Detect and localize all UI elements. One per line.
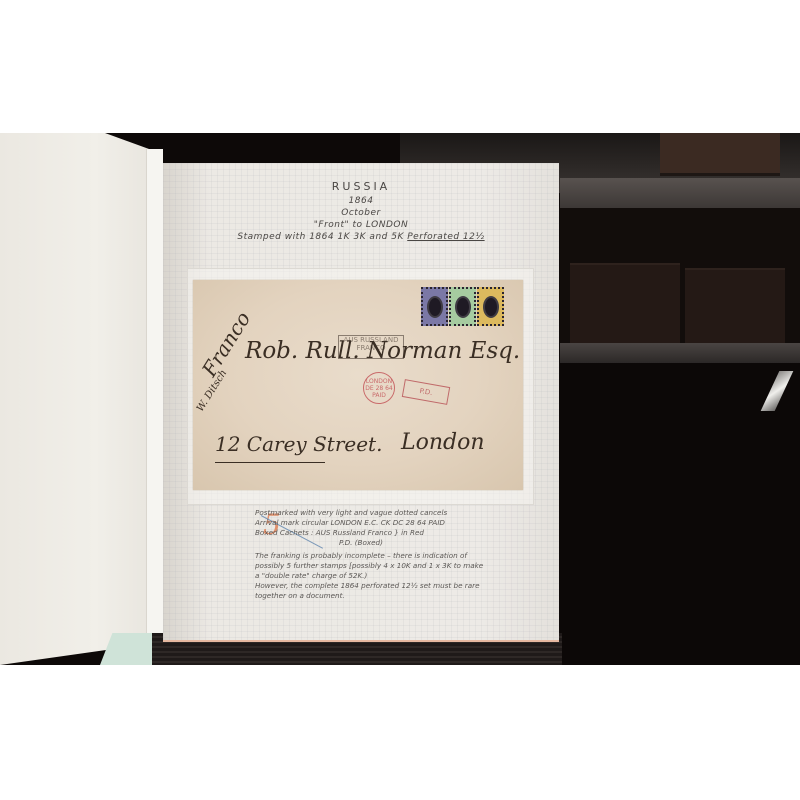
stamped-text: Stamped with 1864 1K 3K and 5K — [237, 232, 403, 242]
page-month: October — [163, 208, 559, 218]
page-subtitle: "Front" to LONDON — [163, 220, 559, 230]
note-line: Postmarked with very light and vague dot… — [255, 508, 447, 517]
stamp-1k — [421, 287, 448, 326]
boxed-cachet-pd: P.D. — [402, 379, 450, 405]
page-title: RUSSIA — [163, 180, 559, 193]
stamp-3k — [449, 287, 476, 326]
postal-cover: Franco W. Ditsch AUS RUSSLAND FRANCO LON… — [193, 280, 523, 490]
background-shelf-plank — [560, 343, 800, 363]
stamped-line: Stamped with 1864 1K 3K and 5K Perforate… — [163, 232, 559, 242]
perforation-text: Perforated 12½ — [407, 232, 484, 242]
background-box — [660, 133, 780, 176]
page-year: 1864 — [163, 196, 559, 206]
note-line: together on a document. — [255, 591, 345, 600]
city: London — [401, 430, 485, 455]
note-line: a "double rate" charge of 52K.) — [255, 571, 367, 580]
street-address: 12 Carey Street. — [215, 432, 382, 456]
album-right-page: RUSSIA 1864 October "Front" to LONDON St… — [163, 163, 559, 640]
background-box — [570, 263, 680, 350]
addressee: Rob. Rull. Norman Esq. — [245, 338, 520, 364]
background-shelf-space — [560, 208, 800, 348]
coat-of-arms-icon — [455, 296, 471, 318]
circular-cancel: LONDON DE 28 64 PAID — [363, 372, 395, 404]
album-left-page — [0, 133, 160, 665]
album-page-edge — [146, 149, 163, 649]
stamp-5k — [477, 287, 504, 326]
note-line: The franking is probably incomplete – th… — [255, 551, 467, 560]
note-line: Arrival mark circular LONDON E.C. CK DC … — [255, 518, 445, 527]
address-underline — [215, 462, 325, 463]
photograph: RUSSIA 1864 October "Front" to LONDON St… — [0, 133, 800, 665]
note-line: However, the complete 1864 perforated 12… — [255, 581, 480, 590]
coat-of-arms-icon — [427, 296, 443, 318]
background-box — [685, 268, 785, 350]
coat-of-arms-icon — [483, 296, 499, 318]
note-line: possibly 5 further stamps [possibly 4 x … — [255, 561, 483, 570]
note-line: P.D. (Boxed) — [339, 538, 383, 547]
background-shelf-plank — [560, 178, 800, 208]
note-line: Boxed Cachets : AUS Russland Franco } in… — [255, 528, 424, 537]
